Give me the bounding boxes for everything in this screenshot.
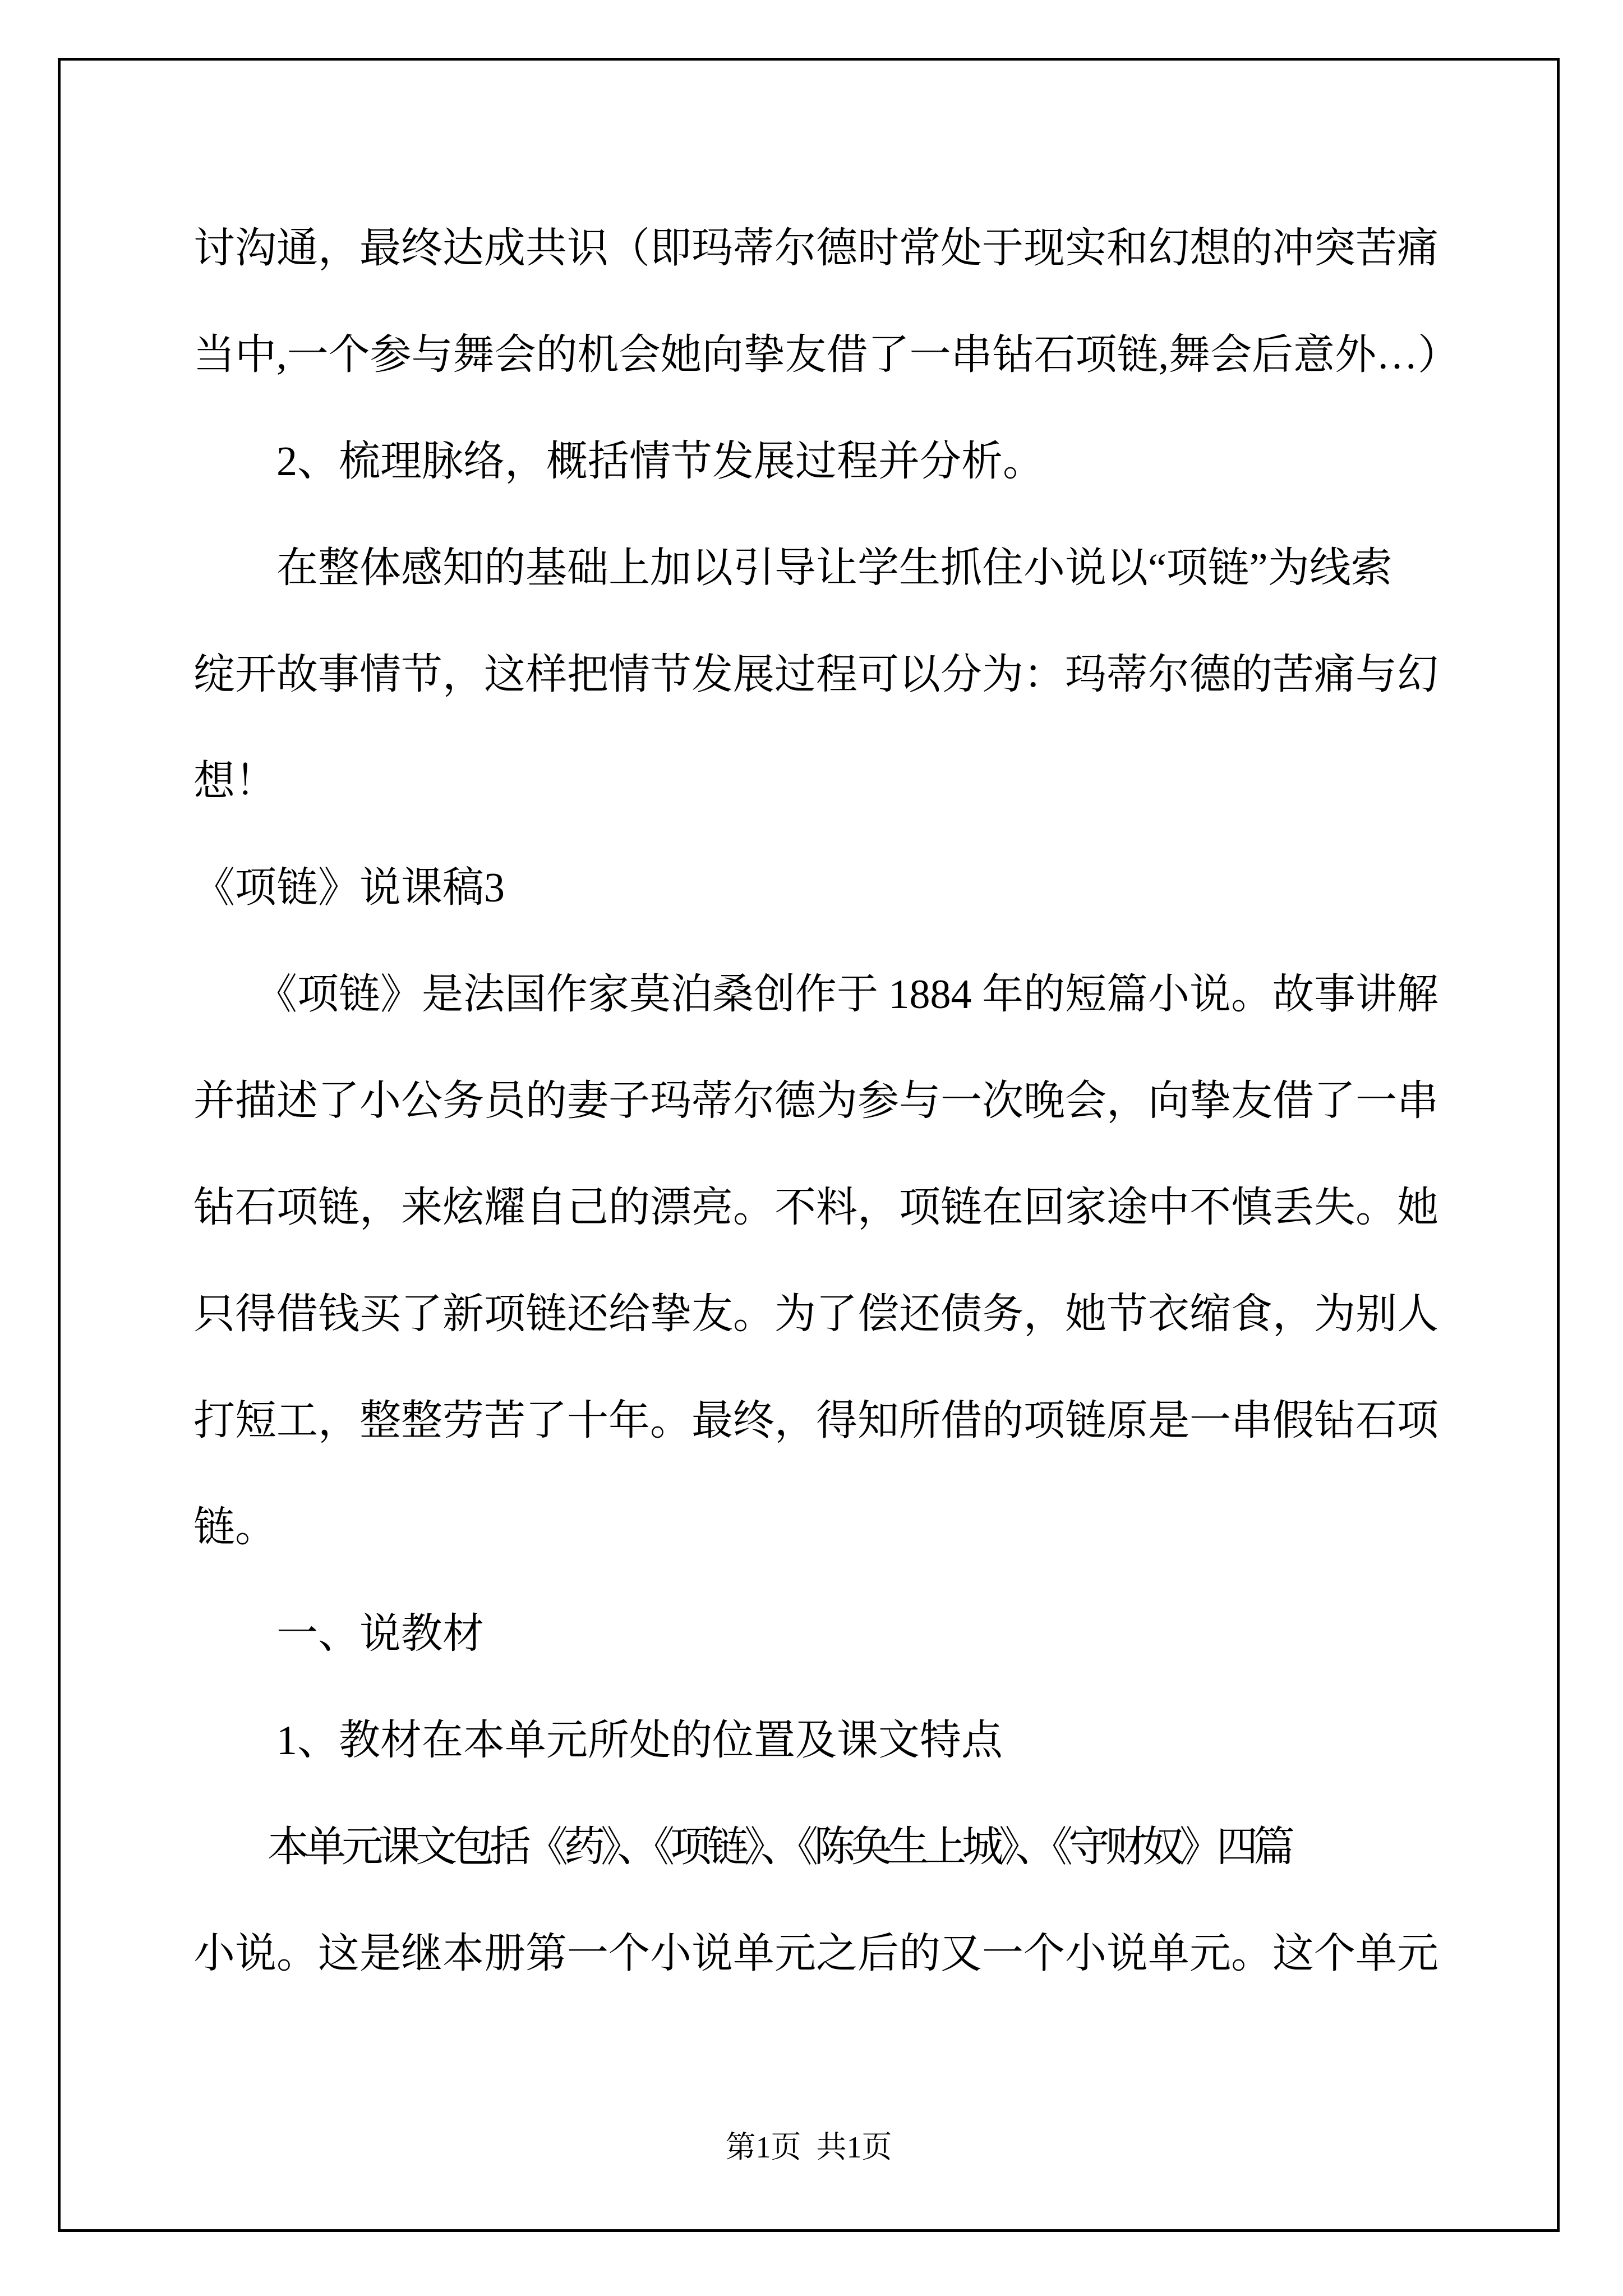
text-line: 钻石项链，来炫耀自己的漂亮。不料，项链在回家途中不慎丢失。她 xyxy=(193,1154,1478,1261)
text-line: 只得借钱买了新项链还给挚友。为了偿还债务，她节衣缩食，为别人 xyxy=(193,1261,1478,1368)
text-line: 一、说教材 xyxy=(193,1581,1478,1687)
text-line: 在整体感知的基础上加以引导让学生抓住小说以“项链”为线索 xyxy=(193,515,1478,622)
text-line: 小说。这是继本册第一个小说单元之后的又一个小说单元。这个单元 xyxy=(193,1901,1478,2007)
document-body: 讨沟通，最终达成共识（即玛蒂尔德时常处于现实和幻想的冲突苦痛 当中,一个参与舞会… xyxy=(193,195,1478,2007)
text-line: 绽开故事情节，这样把情节发展过程可以分为：玛蒂尔德的苦痛与幻 xyxy=(193,622,1478,728)
text-line: 2、梳理脉络，概括情节发展过程并分析。 xyxy=(193,408,1478,515)
text-line: 当中,一个参与舞会的机会她向挚友借了一串钻石项链,舞会后意外…） xyxy=(193,302,1478,408)
text-line: 1、教材在本单元所处的位置及课文特点 xyxy=(193,1687,1478,1794)
text-line: 想！ xyxy=(193,728,1478,835)
text-line: 本单元课文包括《药》、《项链》、《陈奂生上城》、《守财奴》四篇 xyxy=(193,1794,1478,1901)
text-line: 《项链》说课稿3 xyxy=(193,835,1478,941)
text-line: 链。 xyxy=(193,1474,1478,1581)
document-page: 讨沟通，最终达成共识（即玛蒂尔德时常处于现实和幻想的冲突苦痛 当中,一个参与舞会… xyxy=(0,0,1623,2296)
page-footer: 第1页 共1页 xyxy=(58,2131,1560,2164)
text-line: 并描述了小公务员的妻子玛蒂尔德为参与一次晚会，向挚友借了一串 xyxy=(193,1048,1478,1154)
text-line: 讨沟通，最终达成共识（即玛蒂尔德时常处于现实和幻想的冲突苦痛 xyxy=(193,195,1478,302)
text-line: 《项链》是法国作家莫泊桑创作于 1884 年的短篇小说。故事讲解 xyxy=(193,941,1478,1048)
text-line: 打短工，整整劳苦了十年。最终，得知所借的项链原是一串假钻石项 xyxy=(193,1368,1478,1474)
